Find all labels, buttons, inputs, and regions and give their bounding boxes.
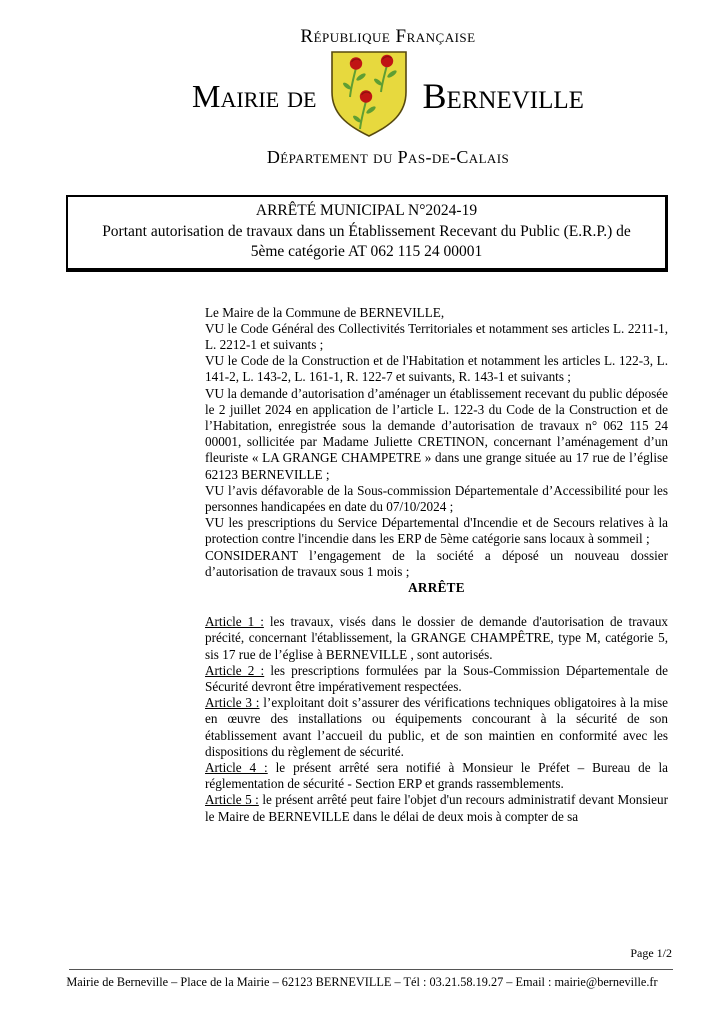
article-4: Article 4 : le présent arrêté sera notif… <box>205 760 668 792</box>
document-page: République Française Mairie de <box>0 0 724 1024</box>
article-2-label: Article 2 : <box>205 663 264 678</box>
mairie-de-text: Mairie de <box>192 78 316 115</box>
article-2: Article 2 : les prescriptions formulées … <box>205 663 668 695</box>
article-4-text: le présent arrêté sera notifié à Monsieu… <box>205 760 668 791</box>
decree-body: Le Maire de la Commune de BERNEVILLE, VU… <box>205 305 668 825</box>
coat-of-arms-icon <box>329 50 409 138</box>
article-1-label: Article 1 : <box>205 614 264 629</box>
decree-number-line: ARRÊTÉ MUNICIPAL N°2024-19 <box>74 201 659 222</box>
document-header: République Française Mairie de <box>0 0 724 168</box>
article-1-text: les travaux, visés dans le dossier de de… <box>205 614 668 661</box>
article-5-label: Article 5 : <box>205 792 259 807</box>
article-5-text: le présent arrêté peut faire l'objet d'u… <box>205 792 668 823</box>
intro-line: Le Maire de la Commune de BERNEVILLE, <box>205 305 668 321</box>
recital-vu-2: VU le Code de la Construction et de l'Ha… <box>205 353 668 385</box>
article-3: Article 3 : l’exploitant doit s’assurer … <box>205 695 668 760</box>
article-1: Article 1 : les travaux, visés dans le d… <box>205 614 668 663</box>
department-line: Département du Pas-de-Calais <box>52 147 724 168</box>
republic-line: République Française <box>52 26 724 48</box>
recital-considerant: CONSIDERANT l’engagement de la société a… <box>205 548 668 580</box>
mairie-title-row: Mairie de <box>52 51 724 141</box>
footer-address: Mairie de Berneville – Place de la Mairi… <box>0 975 724 990</box>
article-3-text: l’exploitant doit s’assurer des vérifica… <box>205 695 668 759</box>
article-5: Article 5 : le présent arrêté peut faire… <box>205 792 668 824</box>
article-2-text: les prescriptions formulées par la Sous-… <box>205 663 668 694</box>
recital-vu-3: VU la demande d’autorisation d’aménager … <box>205 386 668 483</box>
decree-category-line: 5ème catégorie AT 062 115 24 00001 <box>74 242 659 263</box>
city-name-text: Berneville <box>422 75 583 117</box>
arrete-heading: ARRÊTE <box>205 580 668 596</box>
recital-vu-5: VU les prescriptions du Service Départem… <box>205 515 668 547</box>
article-4-label: Article 4 : <box>205 760 268 775</box>
decree-title-box: ARRÊTÉ MUNICIPAL N°2024-19 Portant autor… <box>66 195 668 272</box>
page-number: Page 1/2 <box>630 946 672 961</box>
decree-subject-line: Portant autorisation de travaux dans un … <box>74 222 659 243</box>
recital-vu-4: VU l’avis défavorable de la Sous-commiss… <box>205 483 668 515</box>
article-3-label: Article 3 : <box>205 695 259 710</box>
berneville-coat-of-arms <box>329 50 409 143</box>
footer-divider <box>69 969 673 970</box>
recital-vu-1: VU le Code Général des Collectivités Ter… <box>205 321 668 353</box>
